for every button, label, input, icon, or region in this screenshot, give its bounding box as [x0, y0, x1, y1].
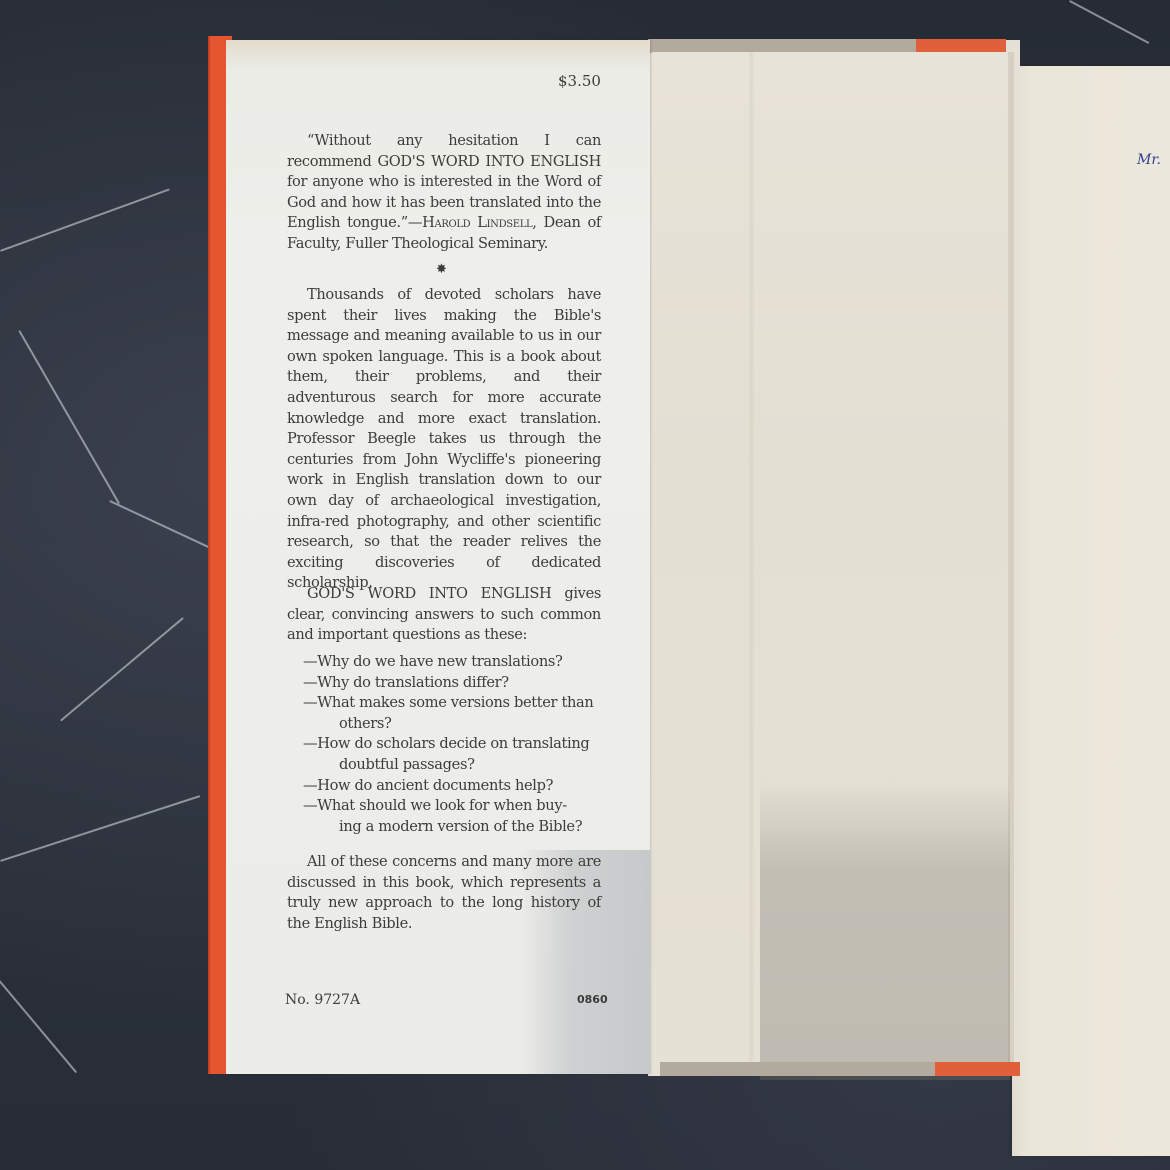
endorsement: “Without any hesitation I can recommend … [287, 131, 601, 255]
question-text: —What should we look for when buy- [303, 797, 567, 814]
question-item: —What makes some versions better thanoth… [303, 693, 603, 734]
questions-list: —Why do we have new translations? —Why d… [303, 652, 603, 837]
question-text: —How do ancient documents help? [303, 777, 553, 794]
board-bottom-edge [660, 1062, 935, 1076]
question-item: —How do ancient documents help? [303, 776, 603, 797]
endorsement-author: Harold Lindsell, [422, 214, 537, 231]
ornament-icon: ✸ [436, 262, 447, 277]
phone-shadow [760, 780, 1010, 1080]
price: $3.50 [558, 72, 601, 90]
board-top-spine-cloth [916, 39, 1006, 53]
question-text-continued: doubtful passages? [321, 755, 603, 776]
question-item: —Why do translations differ? [303, 673, 603, 694]
questions-intro-text: GOD'S WORD INTO ENGLISH gives clear, con… [287, 584, 601, 646]
question-text: —What makes some versions better than [303, 694, 593, 711]
questions-intro-paragraph: GOD'S WORD INTO ENGLISH gives clear, con… [287, 584, 601, 646]
question-item: —How do scholars decide on translatingdo… [303, 734, 603, 775]
handwritten-inscription: Mr. [1137, 152, 1161, 168]
board-bottom-spine-cloth [935, 1062, 1020, 1076]
book-interior-page [1012, 66, 1170, 1156]
closing-text: All of these concerns and many more are … [287, 852, 601, 934]
question-text-continued: others? [321, 714, 603, 735]
description-text: Thousands of devoted scholars have spent… [287, 285, 601, 594]
question-item: —Why do we have new translations? [303, 652, 603, 673]
catalog-number: No. 9727A [285, 992, 360, 1008]
closing-paragraph: All of these concerns and many more are … [287, 852, 601, 934]
question-text-continued: ing a modern version of the Bible? [321, 817, 603, 838]
question-text: —Why do translations differ? [303, 674, 509, 691]
question-text: —How do scholars decide on translating [303, 735, 589, 752]
question-text: —Why do we have new translations? [303, 653, 562, 670]
question-item: —What should we look for when buy-ing a … [303, 796, 603, 837]
flap-top-wear [226, 40, 650, 70]
board-top-edge [648, 39, 916, 53]
price-code: 0860 [577, 993, 608, 1006]
description-paragraph: Thousands of devoted scholars have spent… [287, 285, 601, 594]
